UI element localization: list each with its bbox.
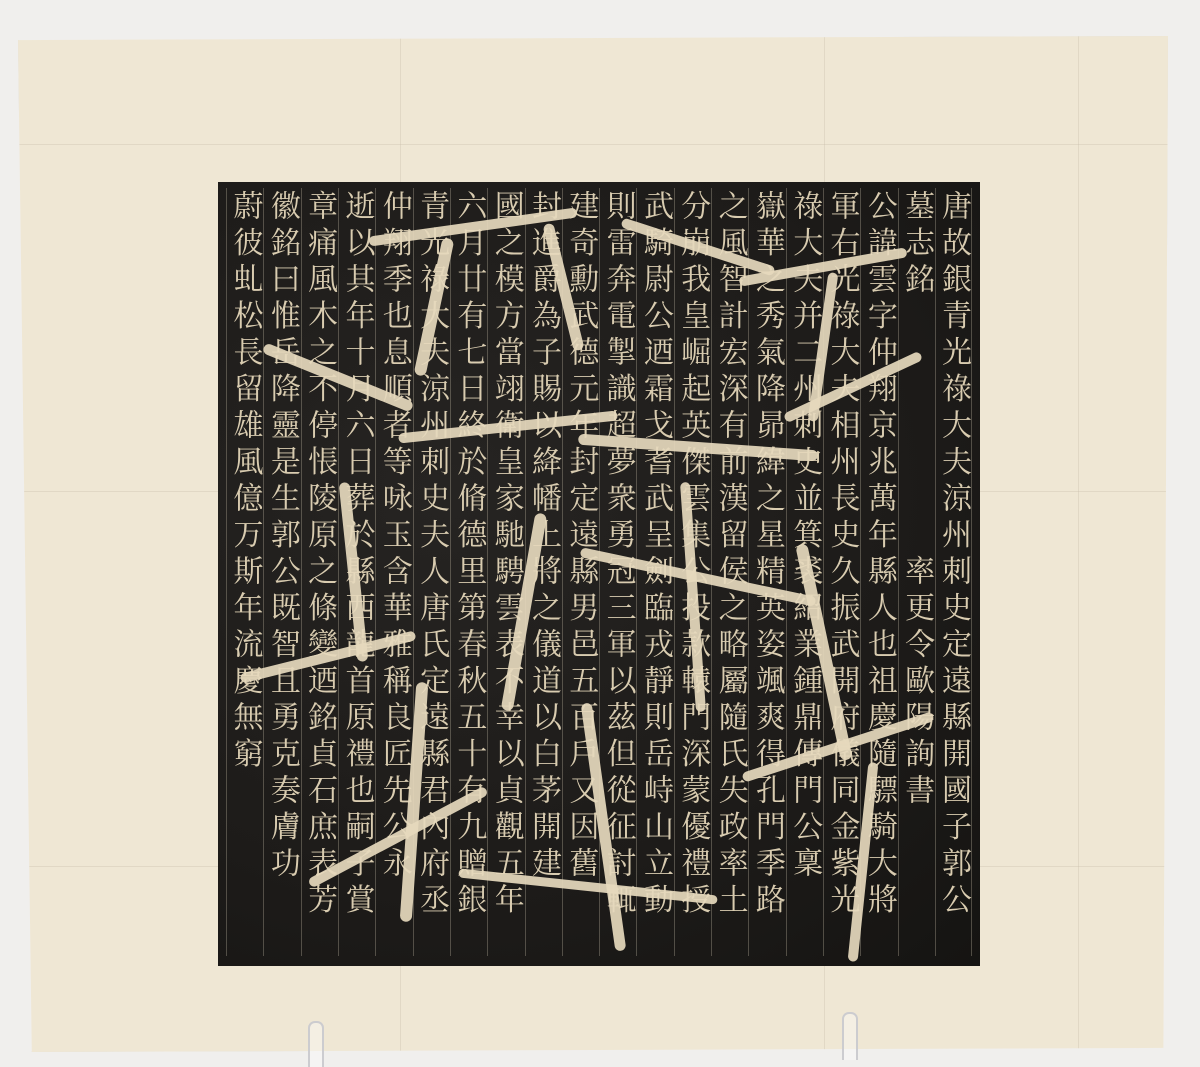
column-text: 唐故銀青光祿大夫涼州刺史定遠縣開國子郭公 <box>935 190 972 920</box>
column-text: 嶽華之秀氣降昴緯之星精英姿颯爽得孔門季路 <box>749 190 786 920</box>
column-text: 蔚彼虬松長留雄風億万斯年流慶無窮 <box>227 190 264 774</box>
inscription-column: 國之模方當翊衛皇家馳騁雲表不幸以貞觀五年 <box>487 188 524 956</box>
fold-line <box>18 144 1168 145</box>
column-text: 國之模方當翊衛皇家馳騁雲表不幸以貞觀五年 <box>488 190 525 920</box>
column-text: 章痛風木之不停悵陵原之條變迺銘貞石庶表芳 <box>301 190 338 920</box>
column-text: 徽銘曰惟岳降靈是生郭公既智且勇克奏膚功 <box>264 190 301 884</box>
column-text: 武騎尉公迺霜戈耆武呈劍臨戎靜則岳峙山立動 <box>637 190 674 920</box>
inscription-column: 蔚彼虬松長留雄風億万斯年流慶無窮 <box>226 188 263 956</box>
inscription-column: 之風智計宏深有前漢留侯之略屬隨氏失政率土 <box>711 188 748 956</box>
fold-line <box>1078 36 1079 1052</box>
mounting-clip <box>308 1021 324 1067</box>
inscription-column: 六月廿有七日終於脩德里第春秋五十有九贈銀 <box>450 188 487 956</box>
photo-stage: 唐故銀青光祿大夫涼州刺史定遠縣開國子郭公 墓志銘 率更令歐陽詢書 公諱雲字仲翔京… <box>0 0 1200 1067</box>
mounting-clip <box>842 1012 858 1060</box>
ink-rubbing: 唐故銀青光祿大夫涼州刺史定遠縣開國子郭公 墓志銘 率更令歐陽詢書 公諱雲字仲翔京… <box>218 182 980 966</box>
inscription-column: 章痛風木之不停悵陵原之條變迺銘貞石庶表芳 <box>301 188 338 956</box>
column-text: 之風智計宏深有前漢留侯之略屬隨氏失政率土 <box>712 190 749 920</box>
column-text: 祿大夫并二州刺史並箕裘紹業鍾鼎傳門公稟 <box>786 190 823 884</box>
inscription-column: 徽銘曰惟岳降靈是生郭公既智且勇克奏膚功 <box>263 188 300 956</box>
inscription-column: 墓志銘 率更令歐陽詢書 <box>898 188 935 956</box>
inscription-column: 嶽華之秀氣降昴緯之星精英姿颯爽得孔門季路 <box>748 188 785 956</box>
inscription-column: 唐故銀青光祿大夫涼州刺史定遠縣開國子郭公 <box>935 188 972 956</box>
column-text: 仲翔季也息順者等咏玉含華雅稱良匠先公永 <box>376 190 413 884</box>
